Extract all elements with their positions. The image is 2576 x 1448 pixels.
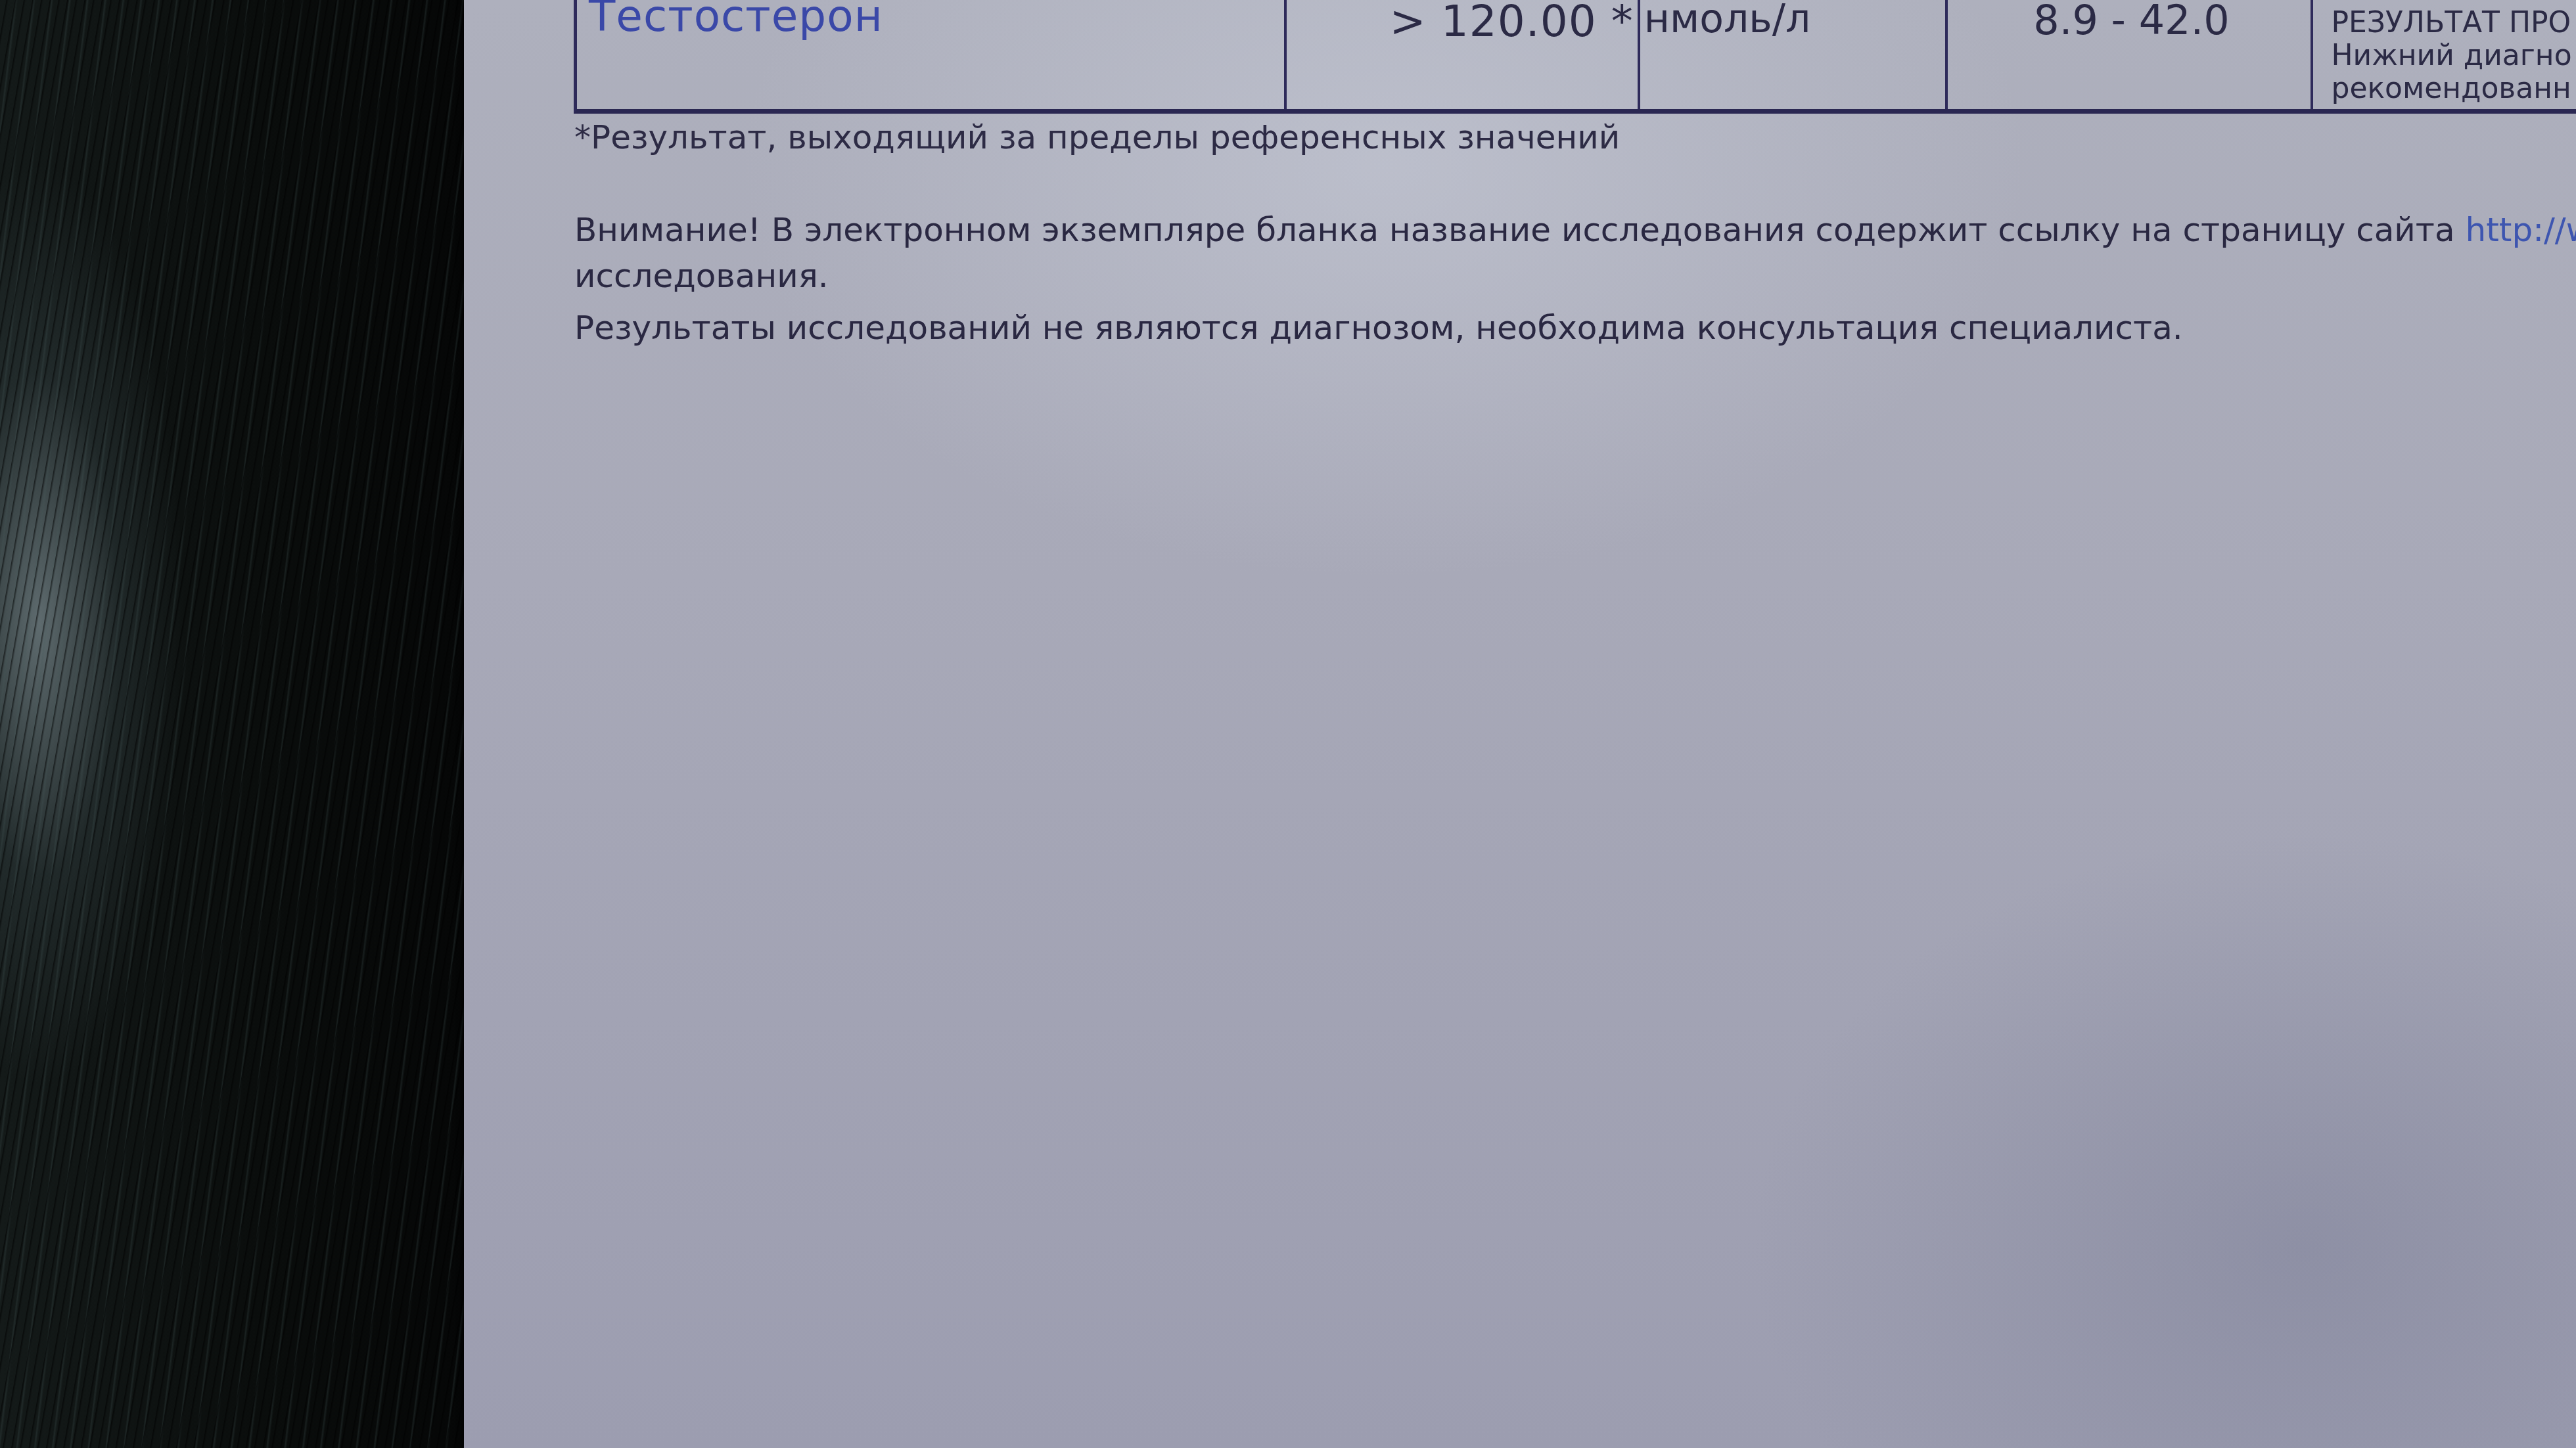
result-unit: нмоль/л: [1644, 0, 1810, 42]
out-of-range-footnote: *Результат, выходящий за пределы референ…: [574, 118, 1620, 156]
test-name-link[interactable]: Тестостерон: [589, 0, 883, 41]
reference-range-cell: 8.9 - 42.0: [1948, 0, 2312, 109]
electronic-copy-notice: Внимание! В электронном экземпляре бланк…: [574, 207, 2576, 299]
results-table-row: Тестостерон > 120.00 * нмоль/л 8.9 - 42.…: [574, 0, 2576, 114]
comment-text: РЕЗУЛЬТАТ ПРО Нижний диагно рекомендован…: [2332, 7, 2572, 105]
reference-range: 8.9 - 42.0: [2033, 0, 2229, 44]
comment-line: рекомендованн: [2332, 72, 2572, 105]
wooden-desk-background: [0, 0, 473, 1448]
result-value: > 120.00 *: [1390, 0, 1634, 47]
photo-scene: Тестостерон > 120.00 * нмоль/л 8.9 - 42.…: [0, 0, 2576, 1448]
lab-results-sheet: Тестостерон > 120.00 * нмоль/л 8.9 - 42.…: [464, 0, 2576, 1448]
comment-line: Нижний диагно: [2332, 39, 2572, 72]
comment-cell: РЕЗУЛЬТАТ ПРО Нижний диагно рекомендован…: [2313, 0, 2576, 109]
unit-cell: нмоль/л: [1640, 0, 1948, 109]
test-name-cell: Тестостерон: [577, 0, 1287, 109]
notice-text: Внимание! В электронном экземпляре бланк…: [574, 211, 2466, 249]
result-cell: > 120.00 *: [1287, 0, 1640, 109]
comment-line: РЕЗУЛЬТАТ ПРО: [2332, 7, 2572, 39]
website-link[interactable]: http://www.in: [2466, 211, 2576, 249]
notice-line-2: исследования.: [574, 253, 2576, 299]
notice-line-1: Внимание! В электронном экземпляре бланк…: [574, 207, 2576, 253]
diagnosis-disclaimer: Результаты исследований не являются диаг…: [574, 309, 2183, 347]
